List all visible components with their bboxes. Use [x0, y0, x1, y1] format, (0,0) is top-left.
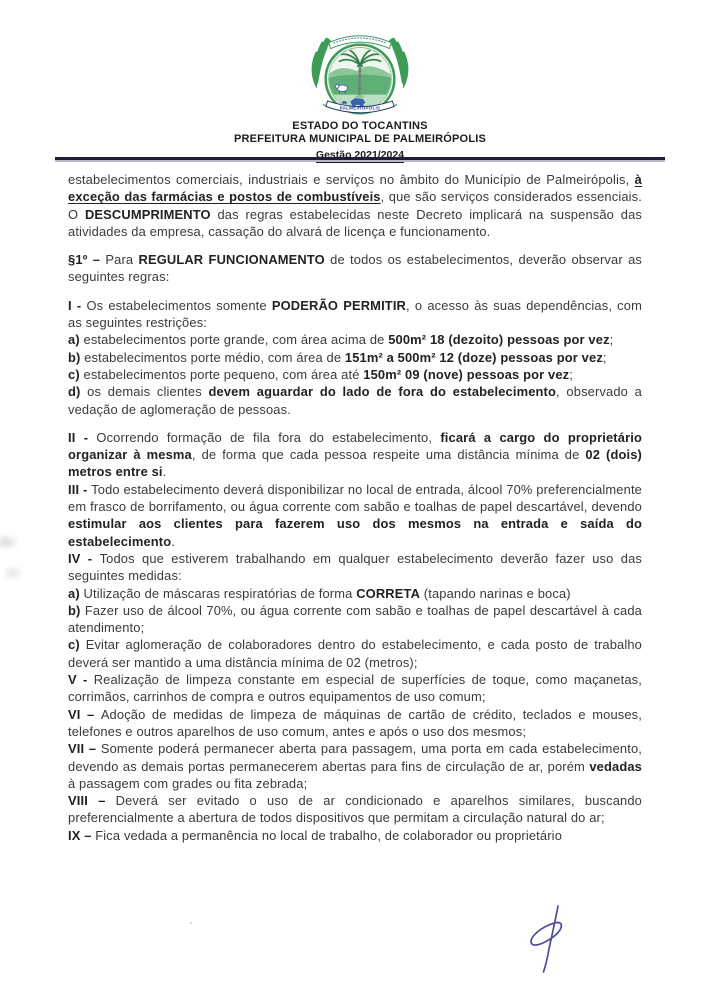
scan-smudge	[2, 566, 24, 580]
text-run: DESCUMPRIMENTO	[85, 207, 211, 222]
text-run: CORRETA	[356, 586, 420, 601]
text-run: V -	[68, 672, 94, 687]
text-run: ;	[603, 350, 607, 365]
paragraph: d) os demais clientes devem aguardar do …	[68, 383, 642, 418]
text-run: 151m² a 500m² 12 (doze) pessoas por vez	[345, 350, 603, 365]
municipal-seal-graphic: PALMEIRÓPOLIS	[295, 26, 425, 124]
paragraph: a) estabelecimentos porte grande, com ár…	[68, 331, 642, 348]
text-run: à passagem com grades ou fita zebrada;	[68, 776, 307, 791]
text-run: VII –	[68, 741, 101, 756]
scan-smudge	[0, 534, 20, 550]
text-run: vedadas	[589, 759, 642, 774]
text-run: devem aguardar do lado de fora do estabe…	[209, 384, 557, 399]
text-run: REGULAR FUNCIONAMENTO	[138, 252, 324, 267]
seal-bottom-ribbon-text: PALMEIRÓPOLIS	[340, 103, 381, 110]
paragraph: c) estabelecimentos porte pequeno, com á…	[68, 366, 642, 383]
paragraph: I - Os estabelecimentos somente PODERÃO …	[68, 297, 642, 332]
letterhead-municipality: PREFEITURA MUNICIPAL DE PALMEIRÓPOLIS	[0, 133, 720, 145]
text-run: Utilização de máscaras respiratórias de …	[84, 586, 357, 601]
letterhead-state: ESTADO DO TOCANTINS	[0, 120, 720, 132]
paragraph: II - Ocorrendo formação de fila fora do …	[68, 429, 642, 481]
text-run: (tapando narinas e boca)	[420, 586, 571, 601]
signature-initial-graphic	[527, 903, 573, 975]
text-run: Fazer uso de álcool 70%, ou água corrent…	[68, 603, 642, 635]
paragraph: IX – Fica vedada a permanência no local …	[68, 827, 642, 844]
text-run: Ocorrendo formação de fila fora do estab…	[96, 430, 440, 445]
paragraph: b) Fazer uso de álcool 70%, ou água corr…	[68, 602, 642, 637]
text-run: estabelecimentos porte médio, com área d…	[84, 350, 345, 365]
text-run: estimular aos clientes para fazerem uso …	[68, 516, 642, 548]
text-run: Deverá ser evitado o uso de ar condicion…	[68, 793, 642, 825]
letterhead-divider-rule	[55, 157, 665, 160]
scanned-decree-page: PALMEIRÓPOLIS ESTADO DO TOCANTINS PREFEI…	[0, 0, 720, 982]
text-run: b)	[68, 350, 84, 365]
text-run: Todo estabelecimento deverá disponibiliz…	[68, 482, 642, 514]
text-run: I -	[68, 298, 86, 313]
text-run: estabelecimentos porte grande, com área …	[84, 332, 389, 347]
text-run: b)	[68, 603, 85, 618]
text-run: Os estabelecimentos somente	[86, 298, 271, 313]
text-run: a)	[68, 332, 84, 347]
text-run: II -	[68, 430, 96, 445]
text-run: IX –	[68, 828, 95, 843]
paragraph: §1º – Para REGULAR FUNCIONAMENTO de todo…	[68, 251, 642, 286]
text-run: Somente poderá permanecer aberta para pa…	[68, 741, 642, 773]
paragraph: IV - Todos que estiverem trabalhando em …	[68, 550, 642, 585]
text-run: Adoção de medidas de limpeza de máquinas…	[68, 707, 642, 739]
text-run: Realização de limpeza constante em espec…	[68, 672, 642, 704]
text-run: .	[171, 534, 175, 549]
text-run: , de forma que cada pessoa respeite uma …	[192, 447, 586, 462]
paragraph: V - Realização de limpeza constante em e…	[68, 671, 642, 706]
text-run: a)	[68, 586, 84, 601]
document-body: estabelecimentos comerciais, industriais…	[68, 171, 642, 844]
signature-initial	[527, 903, 573, 975]
text-run: ;	[610, 332, 614, 347]
paragraph: VII – Somente poderá permanecer aberta p…	[68, 740, 642, 792]
text-run: VI –	[68, 707, 101, 722]
text-run: c)	[68, 367, 84, 382]
text-run: PODERÃO PERMITIR	[272, 298, 406, 313]
text-run: ;	[569, 367, 573, 382]
text-run: d)	[68, 384, 87, 399]
paragraph: estabelecimentos comerciais, industriais…	[68, 171, 642, 240]
paragraph: VI – Adoção de medidas de limpeza de máq…	[68, 706, 642, 741]
paragraph: VIII – Deverá ser evitado o uso de ar co…	[68, 792, 642, 827]
text-run: Para	[105, 252, 138, 267]
paragraph: III - Todo estabelecimento deverá dispon…	[68, 481, 642, 550]
text-run: estabelecimentos comerciais, industriais…	[68, 172, 635, 187]
text-run: III -	[68, 482, 91, 497]
text-run: VIII –	[68, 793, 116, 808]
text-run: Fica vedada a permanência no local de tr…	[95, 828, 562, 843]
text-run: os demais clientes	[87, 384, 208, 399]
text-run: .	[163, 464, 167, 479]
text-run: IV -	[68, 551, 100, 566]
text-run: 150m² 09 (nove) pessoas por vez	[363, 367, 569, 382]
text-run: c)	[68, 637, 86, 652]
paragraph: c) Evitar aglomeração de colaboradores d…	[68, 636, 642, 671]
text-run: Todos que estiverem trabalhando em qualq…	[68, 551, 642, 583]
text-run: §1º –	[68, 252, 105, 267]
text-run: 500m² 18 (dezoito) pessoas por vez	[388, 332, 609, 347]
text-run: estabelecimentos porte pequeno, com área…	[84, 367, 364, 382]
municipal-seal: PALMEIRÓPOLIS	[295, 26, 425, 124]
text-run: Evitar aglomeração de colaboradores dent…	[68, 637, 642, 669]
paragraph: b) estabelecimentos porte médio, com áre…	[68, 349, 642, 366]
scan-speck	[190, 922, 192, 924]
paragraph: a) Utilização de máscaras respiratórias …	[68, 585, 642, 602]
